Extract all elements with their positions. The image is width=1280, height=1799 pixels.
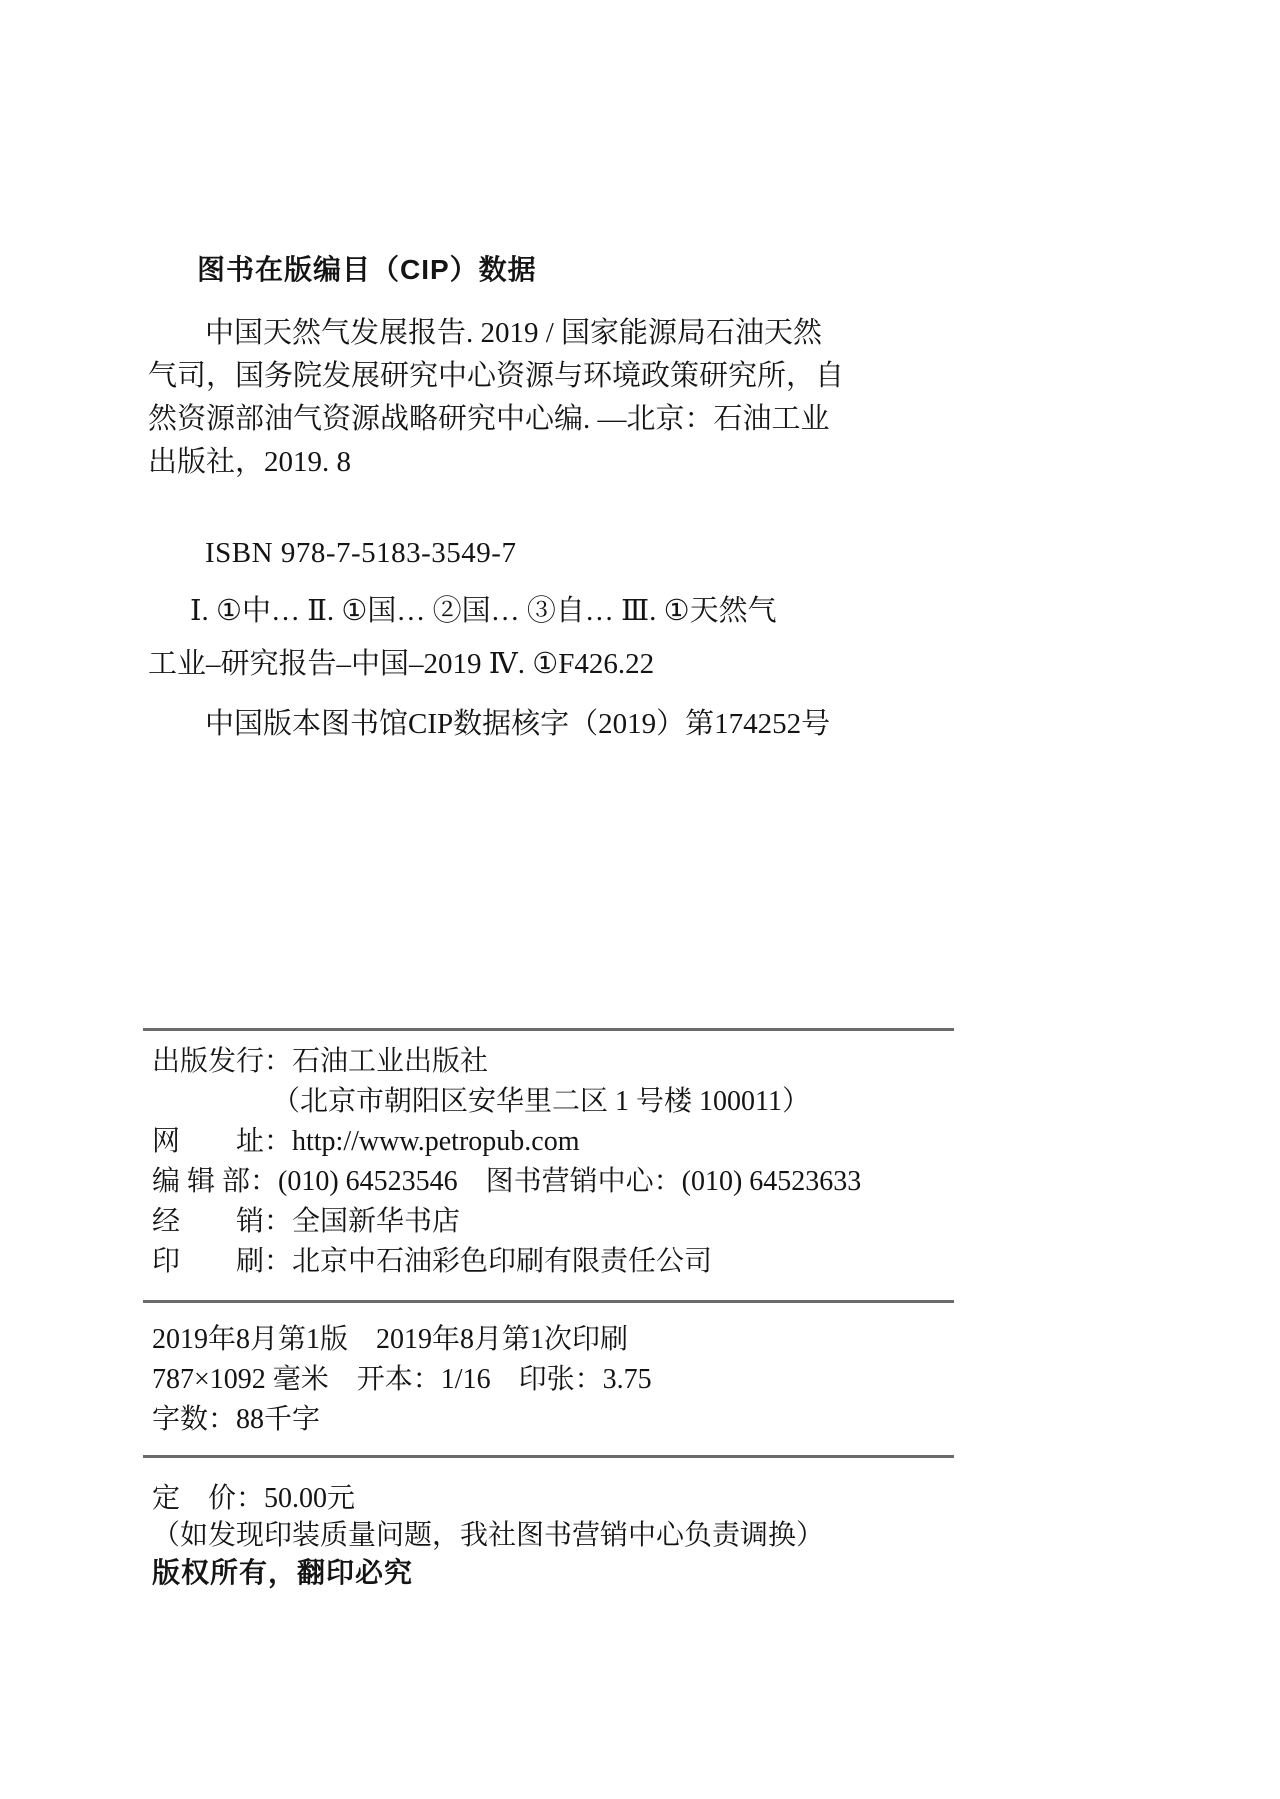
cip-description-line: 气司，国务院发展研究中心资源与环境政策研究所，自 (148, 355, 978, 398)
publisher-address-line: （北京市朝阳区安华里二区 1 号楼 100011） (152, 1082, 982, 1122)
cip-description: 中国天然气发展报告. 2019 / 国家能源局石油天然 气司，国务院发展研究中心… (148, 312, 978, 484)
printer-line: 印 刷：北京中石油彩色印刷有限责任公司 (152, 1242, 982, 1282)
distribution-line: 经 销：全国新华书店 (152, 1202, 982, 1242)
divider-line (143, 1300, 954, 1303)
classification-line: Ⅰ. ①中… Ⅱ. ①国… ②国… ③自… Ⅲ. ①天然气 (148, 590, 777, 633)
classification-line: 工业–研究报告–中国–2019 Ⅳ. ①F426.22 (148, 643, 654, 686)
copyright-notice-line: 版权所有，翻印必究 (152, 1554, 982, 1591)
cip-description-line: 然资源部油气资源战略研究中心编. —北京：石油工业 (148, 398, 978, 441)
printing-info-block: 2019年8月第1版 2019年8月第1次印刷 787×1092 毫米 开本：1… (152, 1320, 982, 1440)
cip-description-line: 出版社，2019. 8 (148, 441, 978, 484)
format-line: 787×1092 毫米 开本：1/16 印张：3.75 (152, 1360, 982, 1400)
isbn-line: ISBN 978-7-5183-3549-7 (148, 532, 516, 575)
publisher-info-block: 出版发行：石油工业出版社 （北京市朝阳区安华里二区 1 号楼 100011） 网… (152, 1042, 982, 1282)
divider-line (143, 1455, 954, 1458)
price-line: 定 价：50.00元 (152, 1480, 982, 1517)
price-info-block: 定 价：50.00元 （如发现印装质量问题，我社图书营销中心负责调换） 版权所有… (152, 1480, 982, 1591)
editorial-phone-line: 编 辑 部：(010) 64523546 图书营销中心：(010) 645236… (152, 1162, 982, 1202)
book-copyright-page: 图书在版编目（CIP）数据 中国天然气发展报告. 2019 / 国家能源局石油天… (0, 0, 1280, 1799)
publisher-line: 出版发行：石油工业出版社 (152, 1042, 982, 1082)
cip-heading: 图书在版编目（CIP）数据 (197, 252, 537, 288)
website-line: 网 址：http://www.petropub.com (152, 1122, 982, 1162)
word-count-line: 字数：88千字 (152, 1400, 982, 1440)
cip-description-line: 中国天然气发展报告. 2019 / 国家能源局石油天然 (148, 312, 978, 355)
divider-line (143, 1028, 954, 1031)
cip-record-line: 中国版本图书馆CIP数据核字（2019）第174252号 (148, 703, 830, 746)
quality-notice-line: （如发现印装质量问题，我社图书营销中心负责调换） (152, 1517, 982, 1554)
edition-line: 2019年8月第1版 2019年8月第1次印刷 (152, 1320, 982, 1360)
